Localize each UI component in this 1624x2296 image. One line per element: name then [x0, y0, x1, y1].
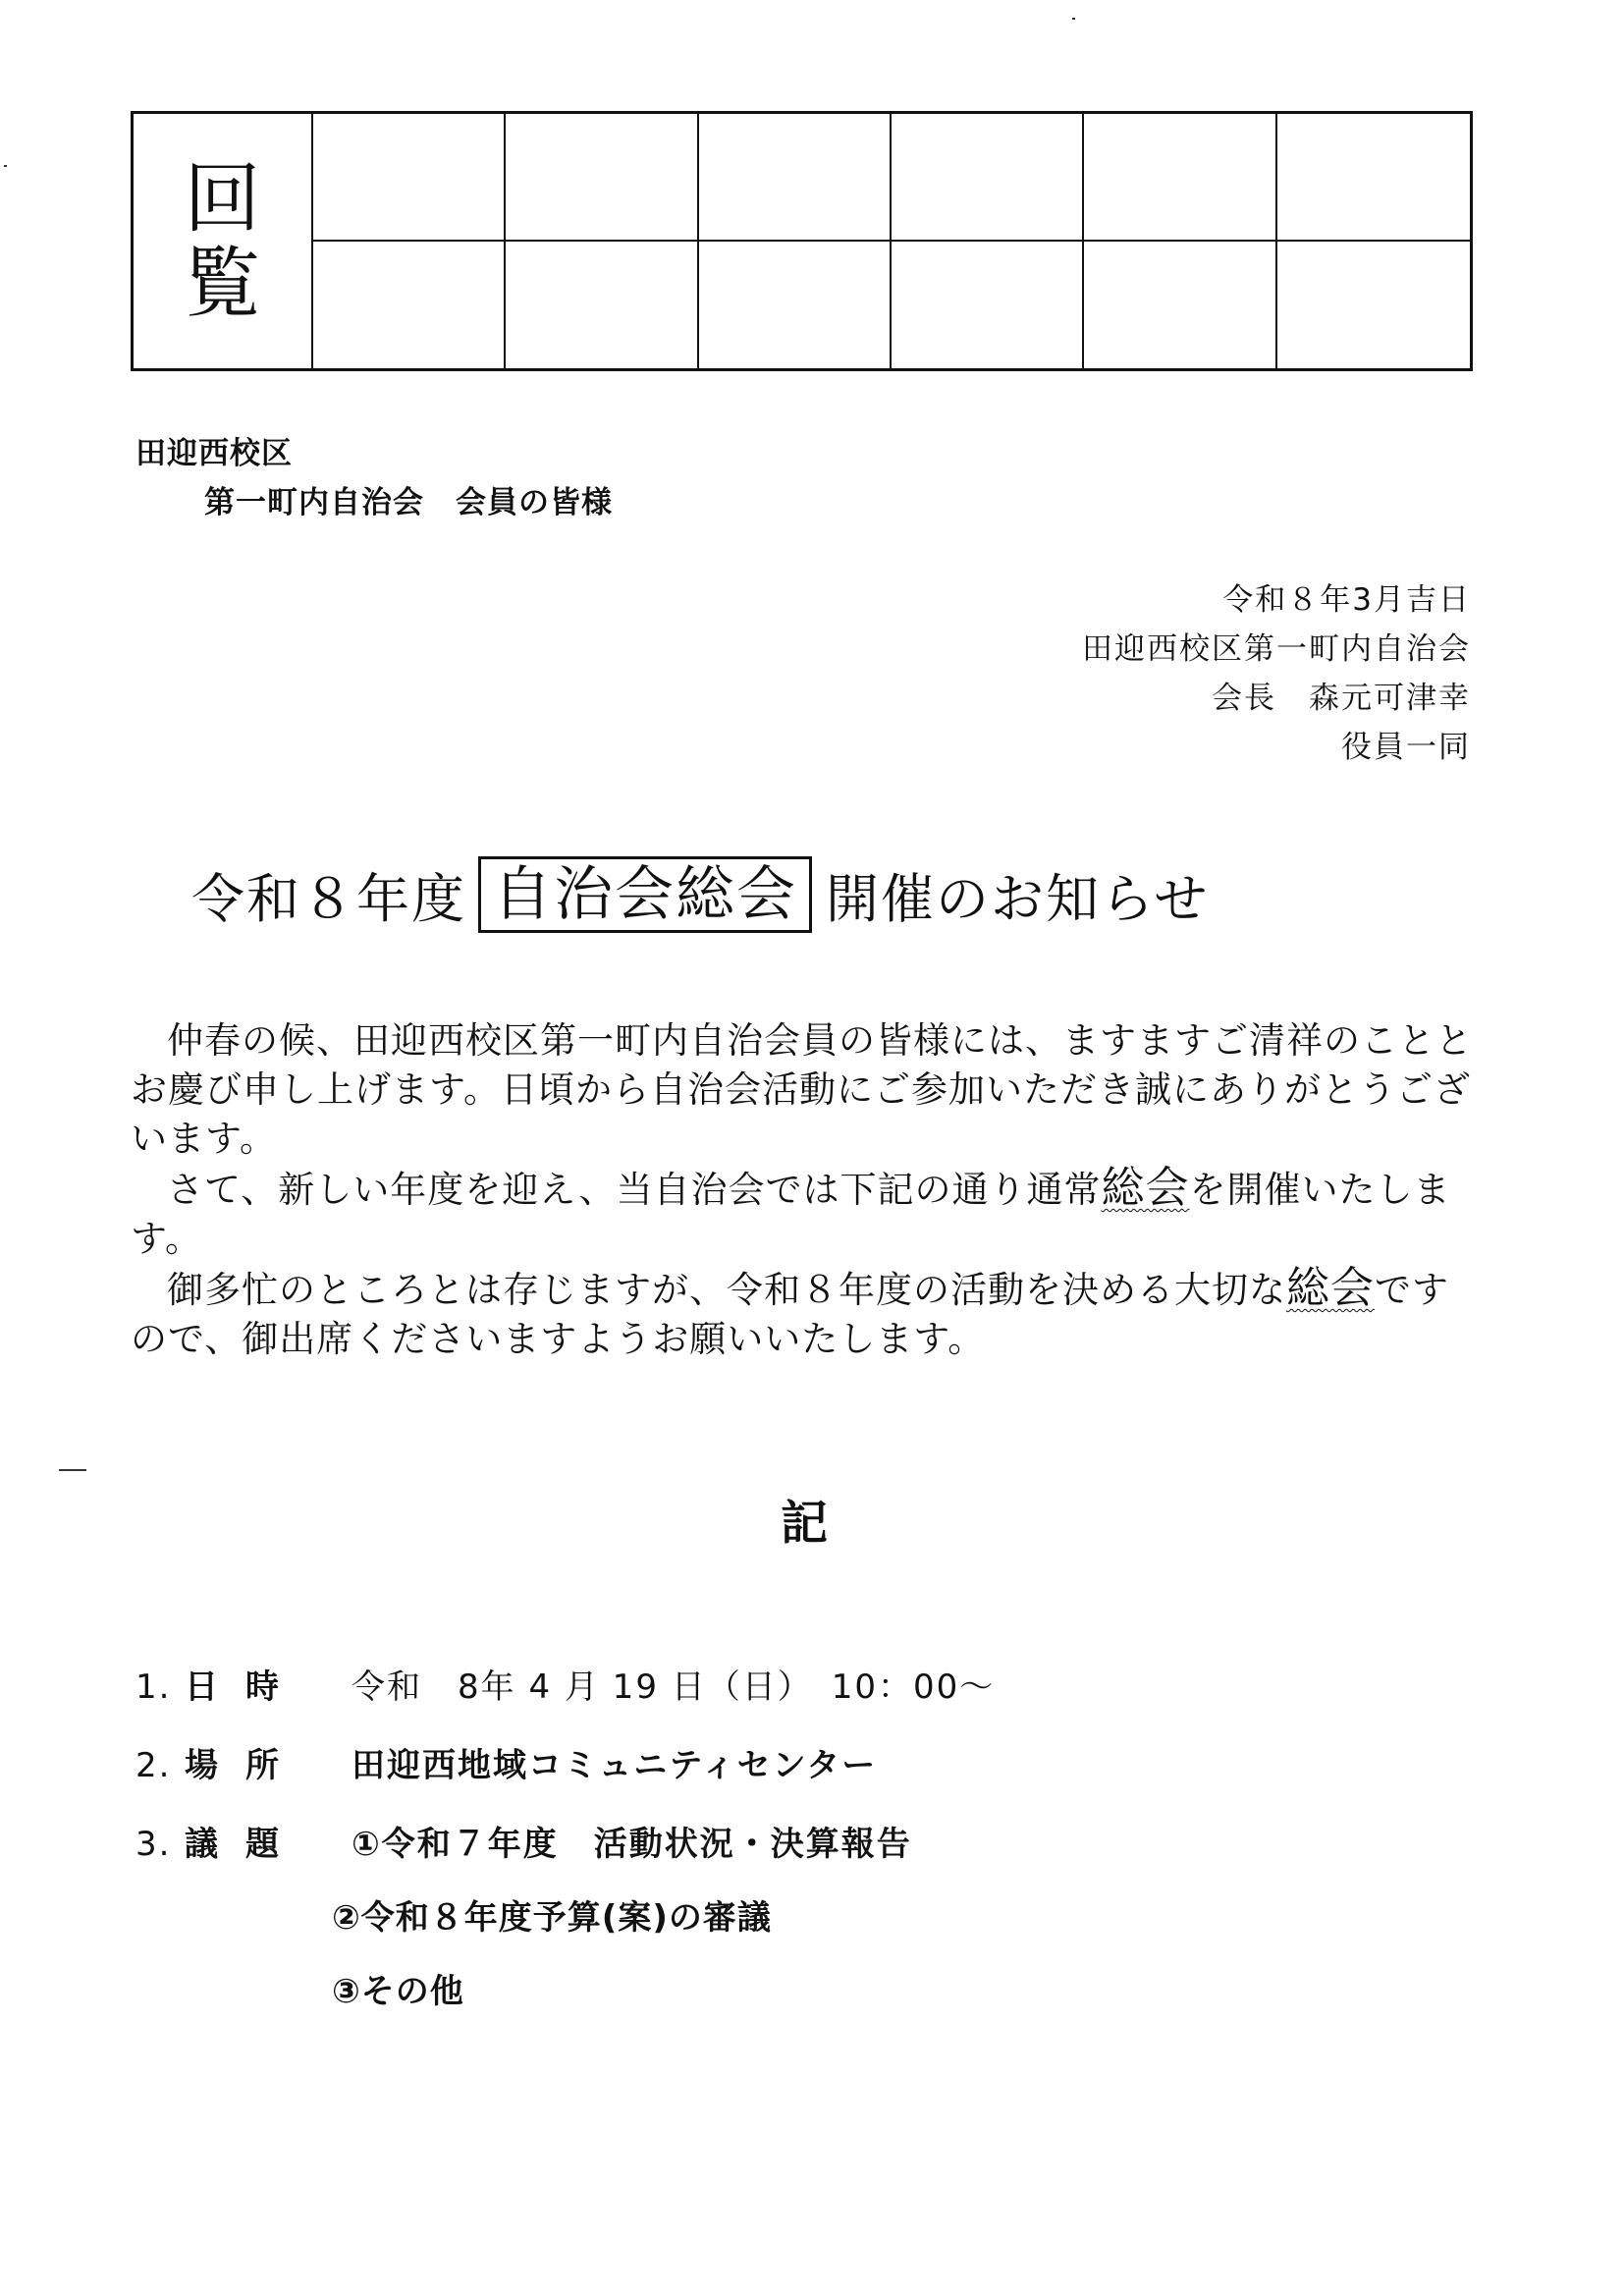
- stamp-cell: [313, 242, 506, 369]
- scan-speck: [1072, 18, 1075, 20]
- sender-officers: 役員一同: [1341, 722, 1471, 766]
- item-value: 田迎西地域コミュニティセンター: [352, 1738, 877, 1786]
- item-label: 日時: [185, 1660, 352, 1708]
- title-boxed: 自治会総会: [478, 856, 812, 933]
- para3-text-before: 御多忙のところとは存じますが、令和８年度の活動を決める大切な: [167, 1269, 1286, 1311]
- item-number: 1.: [135, 1667, 185, 1707]
- item-number: 3.: [135, 1825, 185, 1864]
- stamp-cell: [506, 242, 698, 369]
- ki-heading: 記: [781, 1485, 828, 1553]
- body-paragraph-3: 御多忙のところとは存じますが、令和８年度の活動を決める大切な総会ですので、御出席…: [131, 1264, 1486, 1364]
- para2-emphasis: 総会: [1101, 1163, 1189, 1213]
- item-location: 2.場所田迎西地域コミュニティセンター: [135, 1738, 877, 1786]
- agenda-item-3: ③その他: [332, 1964, 464, 2012]
- para3-emphasis: 総会: [1286, 1263, 1375, 1313]
- stamp-cell: [1084, 242, 1276, 369]
- stamp-cell: [1084, 114, 1276, 242]
- title-prefix: 令和８年度: [191, 857, 466, 933]
- page-title: 令和８年度 自治会総会 開催のお知らせ: [191, 856, 1209, 933]
- addressee-line-1: 田迎西校区: [135, 428, 293, 472]
- stamp-grid: [313, 114, 1470, 368]
- scan-speck: [59, 1469, 86, 1471]
- body-text: 仲春の候、田迎西校区第一町内自治会員の皆様には、ますますご清祥のこととお慶び申し…: [131, 1016, 1486, 1364]
- sender-organization: 田迎西校区第一町内自治会: [1082, 624, 1471, 668]
- circulation-table: 回 覧: [131, 111, 1473, 371]
- body-paragraph-1: 仲春の候、田迎西校区第一町内自治会員の皆様には、ますますご清祥のこととお慶び申し…: [131, 1016, 1486, 1164]
- item-datetime: 1.日時令和 8年 4 月 19 日（日） 10：00～: [135, 1660, 995, 1708]
- sender-president: 会長 森元可津幸: [1212, 673, 1471, 717]
- stamp-cell: [1277, 242, 1470, 369]
- addressee-line-2: 第一町内自治会 会員の皆様: [204, 477, 613, 521]
- circulation-label-top: 回: [184, 157, 260, 242]
- stamp-cell: [699, 242, 892, 369]
- agenda-item-2: ②令和８年度予算(案)の審議: [332, 1890, 772, 1939]
- stamp-cell: [313, 114, 506, 242]
- item-label: 場所: [185, 1738, 352, 1786]
- scan-speck: [4, 165, 7, 167]
- item-value: 令和 8年 4 月 19 日（日） 10：00～: [352, 1660, 995, 1708]
- title-suffix: 開催のお知らせ: [826, 857, 1209, 933]
- circulation-label-bottom: 覧: [184, 242, 260, 326]
- issue-date: 令和８年3月吉日: [1222, 574, 1471, 619]
- body-paragraph-2: さて、新しい年度を迎え、当自治会では下記の通り通常総会を開催いたします。: [131, 1164, 1486, 1264]
- item-label: 議題: [185, 1817, 352, 1865]
- stamp-cell: [892, 242, 1084, 369]
- item-number: 2.: [135, 1746, 185, 1785]
- circulation-label: 回 覧: [134, 114, 313, 368]
- para2-text-before: さて、新しい年度を迎え、当自治会では下記の通り通常: [167, 1169, 1101, 1211]
- stamp-cell: [1277, 114, 1470, 242]
- item-agenda: 3.議題①令和７年度 活動状況・決算報告: [135, 1817, 912, 1865]
- stamp-cell: [892, 114, 1084, 242]
- item-value: ①令和７年度 活動状況・決算報告: [352, 1817, 912, 1865]
- stamp-cell: [506, 114, 698, 242]
- stamp-cell: [699, 114, 892, 242]
